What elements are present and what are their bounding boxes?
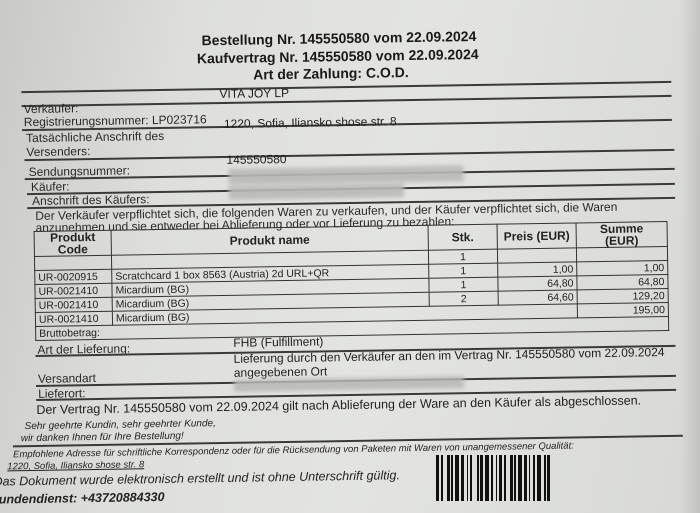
column-header-price: Preis (EUR) [497,223,576,249]
sender-address-label-2: Versenders: [26,144,90,159]
barcode [436,455,684,501]
column-header-code: ProduktCode [34,230,111,256]
cell-price [497,248,576,263]
cell-code: UR-0021410 [35,283,112,298]
cell-code [34,255,111,270]
cell-code: UR-0020915 [35,269,112,284]
cell-sum: 1,00 [577,261,668,276]
customer-service-phone: Kundendienst: +43720884330 [0,490,165,507]
contract-number-heading: Kaufvertrag Nr. 145550580 vom 22.09.2024 [197,46,479,66]
payment-type-heading: Art der Zahlung: C.O.D. [253,64,409,82]
shipping-method-value-2: angegebenen Ort [234,364,328,379]
shipment-number-value: 145550580 [226,152,286,167]
cell-code: UR-0021410 [35,311,112,326]
cell-qty: 1 [429,263,498,278]
sender-address-label: Tatsächliche Anschrift des [26,129,164,145]
seller-value: VITA JOY LP [219,86,289,101]
divider [22,95,672,107]
redacted-buyer-name [229,165,464,185]
return-address: 1220, Sofia, Iliansko shose str. 8 [7,459,144,472]
divider [21,81,671,93]
cell-sum-total: 195,00 [577,303,668,318]
column-header-sum: Summe(EUR) [576,222,667,248]
page-edge-shadow [680,0,700,513]
cell-sum: 64,80 [577,275,668,290]
cell-price: 64,80 [498,276,577,291]
cell-price: 64,60 [498,290,577,305]
invoice-sheet: Bestellung Nr. 145550580 vom 22.09.2024 … [0,0,700,513]
product-table: ProduktCode Produkt name Stk. Preis (EUR… [34,221,670,341]
cell-qty: 2 [429,291,498,306]
cell-sum: 129,20 [577,289,668,304]
cell-qty: 1 [429,277,498,292]
divider [24,149,674,161]
redacted-delivery-place [234,376,464,392]
column-header-qty: Stk. [428,224,497,250]
cell-code: UR-0021410 [35,297,112,312]
cell-price: 1,00 [498,262,577,277]
greeting-line-1: Sehr geehrte Kundin, sehr geehrter Kunde… [25,418,216,432]
cell-qty: 1 [428,249,497,264]
cell-sum [576,247,667,262]
delivery-type-value: FHB (Fulfillment) [233,334,323,349]
document-photo: Bestellung Nr. 145550580 vom 22.09.2024 … [0,0,700,513]
order-number-heading: Bestellung Nr. 145550580 vom 22.09.2024 [201,28,476,48]
redacted-buyer-address [229,183,404,200]
sender-address-value: 1220, Sofia, Iliansko shose str. 8 [224,114,397,131]
